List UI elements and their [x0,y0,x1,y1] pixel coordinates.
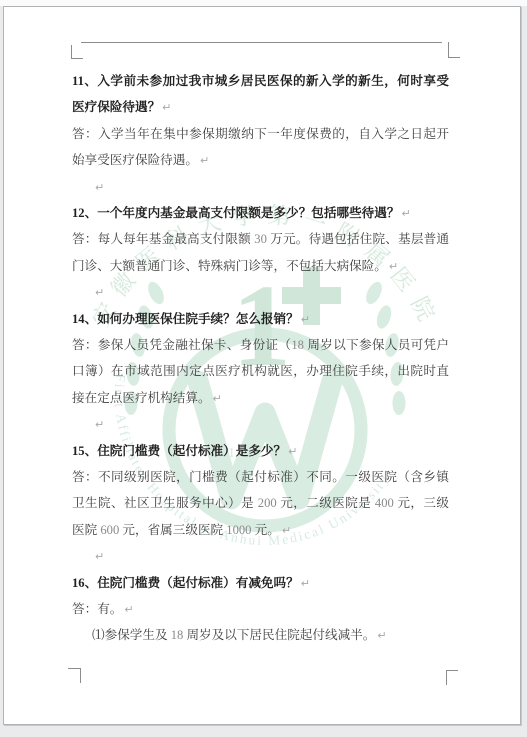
question-14: 14、如何办理医保住院手续？怎么报销？↵ [72,306,449,332]
question-15: 15、住院门槛费（起付标准）是多少？↵ [72,438,449,464]
answer-15: 答：不同级别医院，门槛费（起付标准）不同。一级医院（含乡镇卫生院、社区卫生服务中… [72,464,449,543]
pilcrow-icon: ↵ [213,392,222,405]
question-16: 16、住院门槛费（起付标准）有减免吗？↵ [72,570,449,596]
pilcrow-icon: ↵ [288,445,297,458]
pilcrow-icon: ↵ [124,603,133,616]
answer-11-text: 答：入学当年在集中参保期缴纳下一年度保费的，自入学之日起开始享受医疗保险待遇。 [72,127,449,167]
answer-12: 答：每人每年基金最高支付限额 30 万元。待遇包括住院、基层普通门诊、大额普通门… [72,226,449,279]
question-16-text: 16、住院门槛费（起付标准）有减免吗？ [72,575,299,590]
pilcrow-icon: ↵ [401,207,410,220]
pilcrow-icon: ↵ [389,260,398,273]
answer-16-item-1: ⑴参保学生及 18 周岁及以下居民住院起付线减半。↵ [72,622,449,648]
empty-paragraph: ↵ [72,174,449,200]
question-14-text: 14、如何办理医保住院手续？怎么报销？ [72,311,299,326]
question-12-text: 12、一个年度内基金最高支付限额是多少？包括哪些待遇？ [72,205,399,220]
answer-16-item-1-text: ⑴参保学生及 18 周岁及以下居民住院起付线减半。 [92,628,375,642]
empty-paragraph: ↵ [72,543,449,569]
answer-15-text: 答：不同级别医院，门槛费（起付标准）不同。一级医院（含乡镇卫生院、社区卫生服务中… [72,470,449,537]
question-15-text: 15、住院门槛费（起付标准）是多少？ [72,443,286,458]
pilcrow-icon: ↵ [162,101,171,114]
answer-16: 答：有。↵ [72,596,449,622]
answer-14: 答：参保人员凭金融社保卡、身份证（18 周岁以下参保人员可凭户口簿）在市域范围内… [72,332,449,411]
pilcrow-icon: ↵ [95,181,104,194]
pilcrow-icon: ↵ [301,313,310,326]
document-viewport: 安徽医科大学第一附属医院 First Affiliated Hospital o… [0,0,527,737]
pilcrow-icon: ↵ [95,286,104,299]
question-11: 11、入学前未参加过我市城乡居民医保的新入学的新生，何时享受医疗保险待遇？↵ [72,68,449,121]
pilcrow-icon: ↵ [282,524,291,537]
empty-paragraph: ↵ [72,411,449,437]
answer-14-text: 答：参保人员凭金融社保卡、身份证（18 周岁以下参保人员可凭户口簿）在市域范围内… [72,338,449,405]
pilcrow-icon: ↵ [95,418,104,431]
pilcrow-icon: ↵ [377,629,386,642]
question-12: 12、一个年度内基金最高支付限额是多少？包括哪些待遇？↵ [72,200,449,226]
document-body: 11、入学前未参加过我市城乡居民医保的新入学的新生，何时享受医疗保险待遇？↵ 答… [72,68,449,649]
pilcrow-icon: ↵ [200,154,209,167]
empty-paragraph: ↵ [72,279,449,305]
question-11-text: 11、入学前未参加过我市城乡居民医保的新入学的新生，何时享受医疗保险待遇？ [72,73,449,114]
answer-11: 答：入学当年在集中参保期缴纳下一年度保费的，自入学之日起开始享受医疗保险待遇。↵ [72,121,449,174]
answer-16-text: 答：有。 [72,602,122,616]
pilcrow-icon: ↵ [95,550,104,563]
pilcrow-icon: ↵ [301,577,310,590]
